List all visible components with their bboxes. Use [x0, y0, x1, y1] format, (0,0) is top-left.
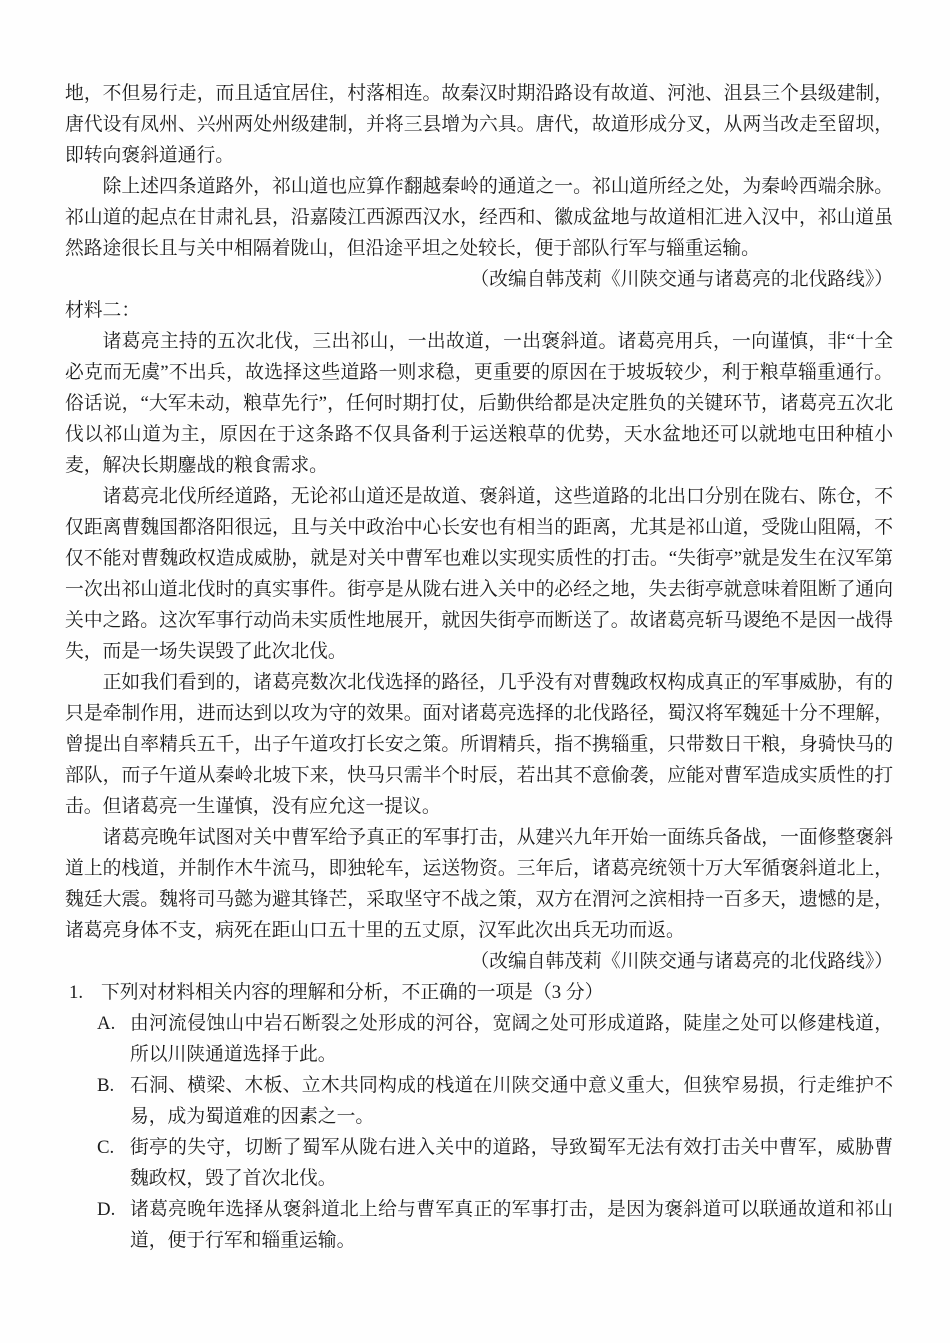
- question-1-stem-line: 1. 下列对材料相关内容的理解和分析，不正确的一项是（3 分）: [69, 977, 893, 1008]
- question-1: 1. 下列对材料相关内容的理解和分析，不正确的一项是（3 分） A. 由河流侵蚀…: [69, 977, 893, 1256]
- question-1-option-d: D. 诸葛亮晚年选择从褒斜道北上给与曹军真正的军事打击，是因为褒斜道可以联通故道…: [97, 1194, 893, 1256]
- option-c-text: 街亭的失守，切断了蜀军从陇右进入关中的道路，导致蜀军无法有效打击关中曹军，威胁曹…: [130, 1132, 893, 1194]
- exam-page: 地，不但易行走，而且适宜居住，村落相连。故秦汉时期沿路设有故道、河池、沮县三个县…: [0, 0, 950, 1343]
- material-two-paragraph-1: 诸葛亮主持的五次北伐，三出祁山，一出故道，一出褒斜道。诸葛亮用兵，一向谨慎，非“…: [65, 326, 893, 481]
- material-two-paragraph-2: 诸葛亮北伐所经道路，无论祁山道还是故道、褒斜道，这些道路的北出口分别在陇右、陈仓…: [65, 481, 893, 667]
- question-1-option-a: A. 由河流侵蚀山中岩石断裂之处形成的河谷，宽阔之处可形成道路，陡崖之处可以修建…: [97, 1008, 893, 1070]
- material-two-paragraph-3: 正如我们看到的，诸葛亮数次北伐选择的路径，几乎没有对曹魏政权构成真正的军事威胁，…: [65, 667, 893, 822]
- question-1-option-b: B. 石洞、横梁、木板、立木共同构成的栈道在川陕交通中意义重大，但狭窄易损，行走…: [97, 1070, 893, 1132]
- option-d-text: 诸葛亮晚年选择从褒斜道北上给与曹军真正的军事打击，是因为褒斜道可以联通故道和祁山…: [130, 1194, 893, 1256]
- question-1-number: 1.: [69, 977, 101, 1008]
- option-b-text: 石洞、横梁、木板、立木共同构成的栈道在川陕交通中意义重大，但狭窄易损，行走维护不…: [130, 1070, 893, 1132]
- option-a-text: 由河流侵蚀山中岩石断裂之处形成的河谷，宽阔之处可形成道路，陡崖之处可以修建栈道，…: [130, 1008, 893, 1070]
- question-1-stem: 下列对材料相关内容的理解和分析，不正确的一项是（3 分）: [101, 977, 893, 1008]
- option-b-label: B.: [97, 1070, 130, 1132]
- material-two-heading: 材料二：: [65, 295, 893, 326]
- question-1-option-c: C. 街亭的失守，切断了蜀军从陇右进入关中的道路，导致蜀军无法有效打击关中曹军，…: [97, 1132, 893, 1194]
- option-d-label: D.: [97, 1194, 130, 1256]
- material-two-attribution: （改编自韩茂莉《川陕交通与诸葛亮的北伐路线》）: [65, 946, 893, 977]
- material-one-paragraph-qishan: 除上述四条道路外，祁山道也应算作翻越秦岭的通道之一。祁山道所经之处，为秦岭西端余…: [65, 171, 893, 264]
- option-c-label: C.: [97, 1132, 130, 1194]
- option-a-label: A.: [97, 1008, 130, 1070]
- page-content: 地，不但易行走，而且适宜居住，村落相连。故秦汉时期沿路设有故道、河池、沮县三个县…: [65, 78, 893, 1256]
- material-two-paragraph-4: 诸葛亮晚年试图对关中曹军给予真正的军事打击，从建兴九年开始一面练兵备战，一面修整…: [65, 822, 893, 946]
- material-one-paragraph-continued: 地，不但易行走，而且适宜居住，村落相连。故秦汉时期沿路设有故道、河池、沮县三个县…: [65, 78, 893, 171]
- material-one-attribution: （改编自韩茂莉《川陕交通与诸葛亮的北伐路线》）: [65, 264, 893, 295]
